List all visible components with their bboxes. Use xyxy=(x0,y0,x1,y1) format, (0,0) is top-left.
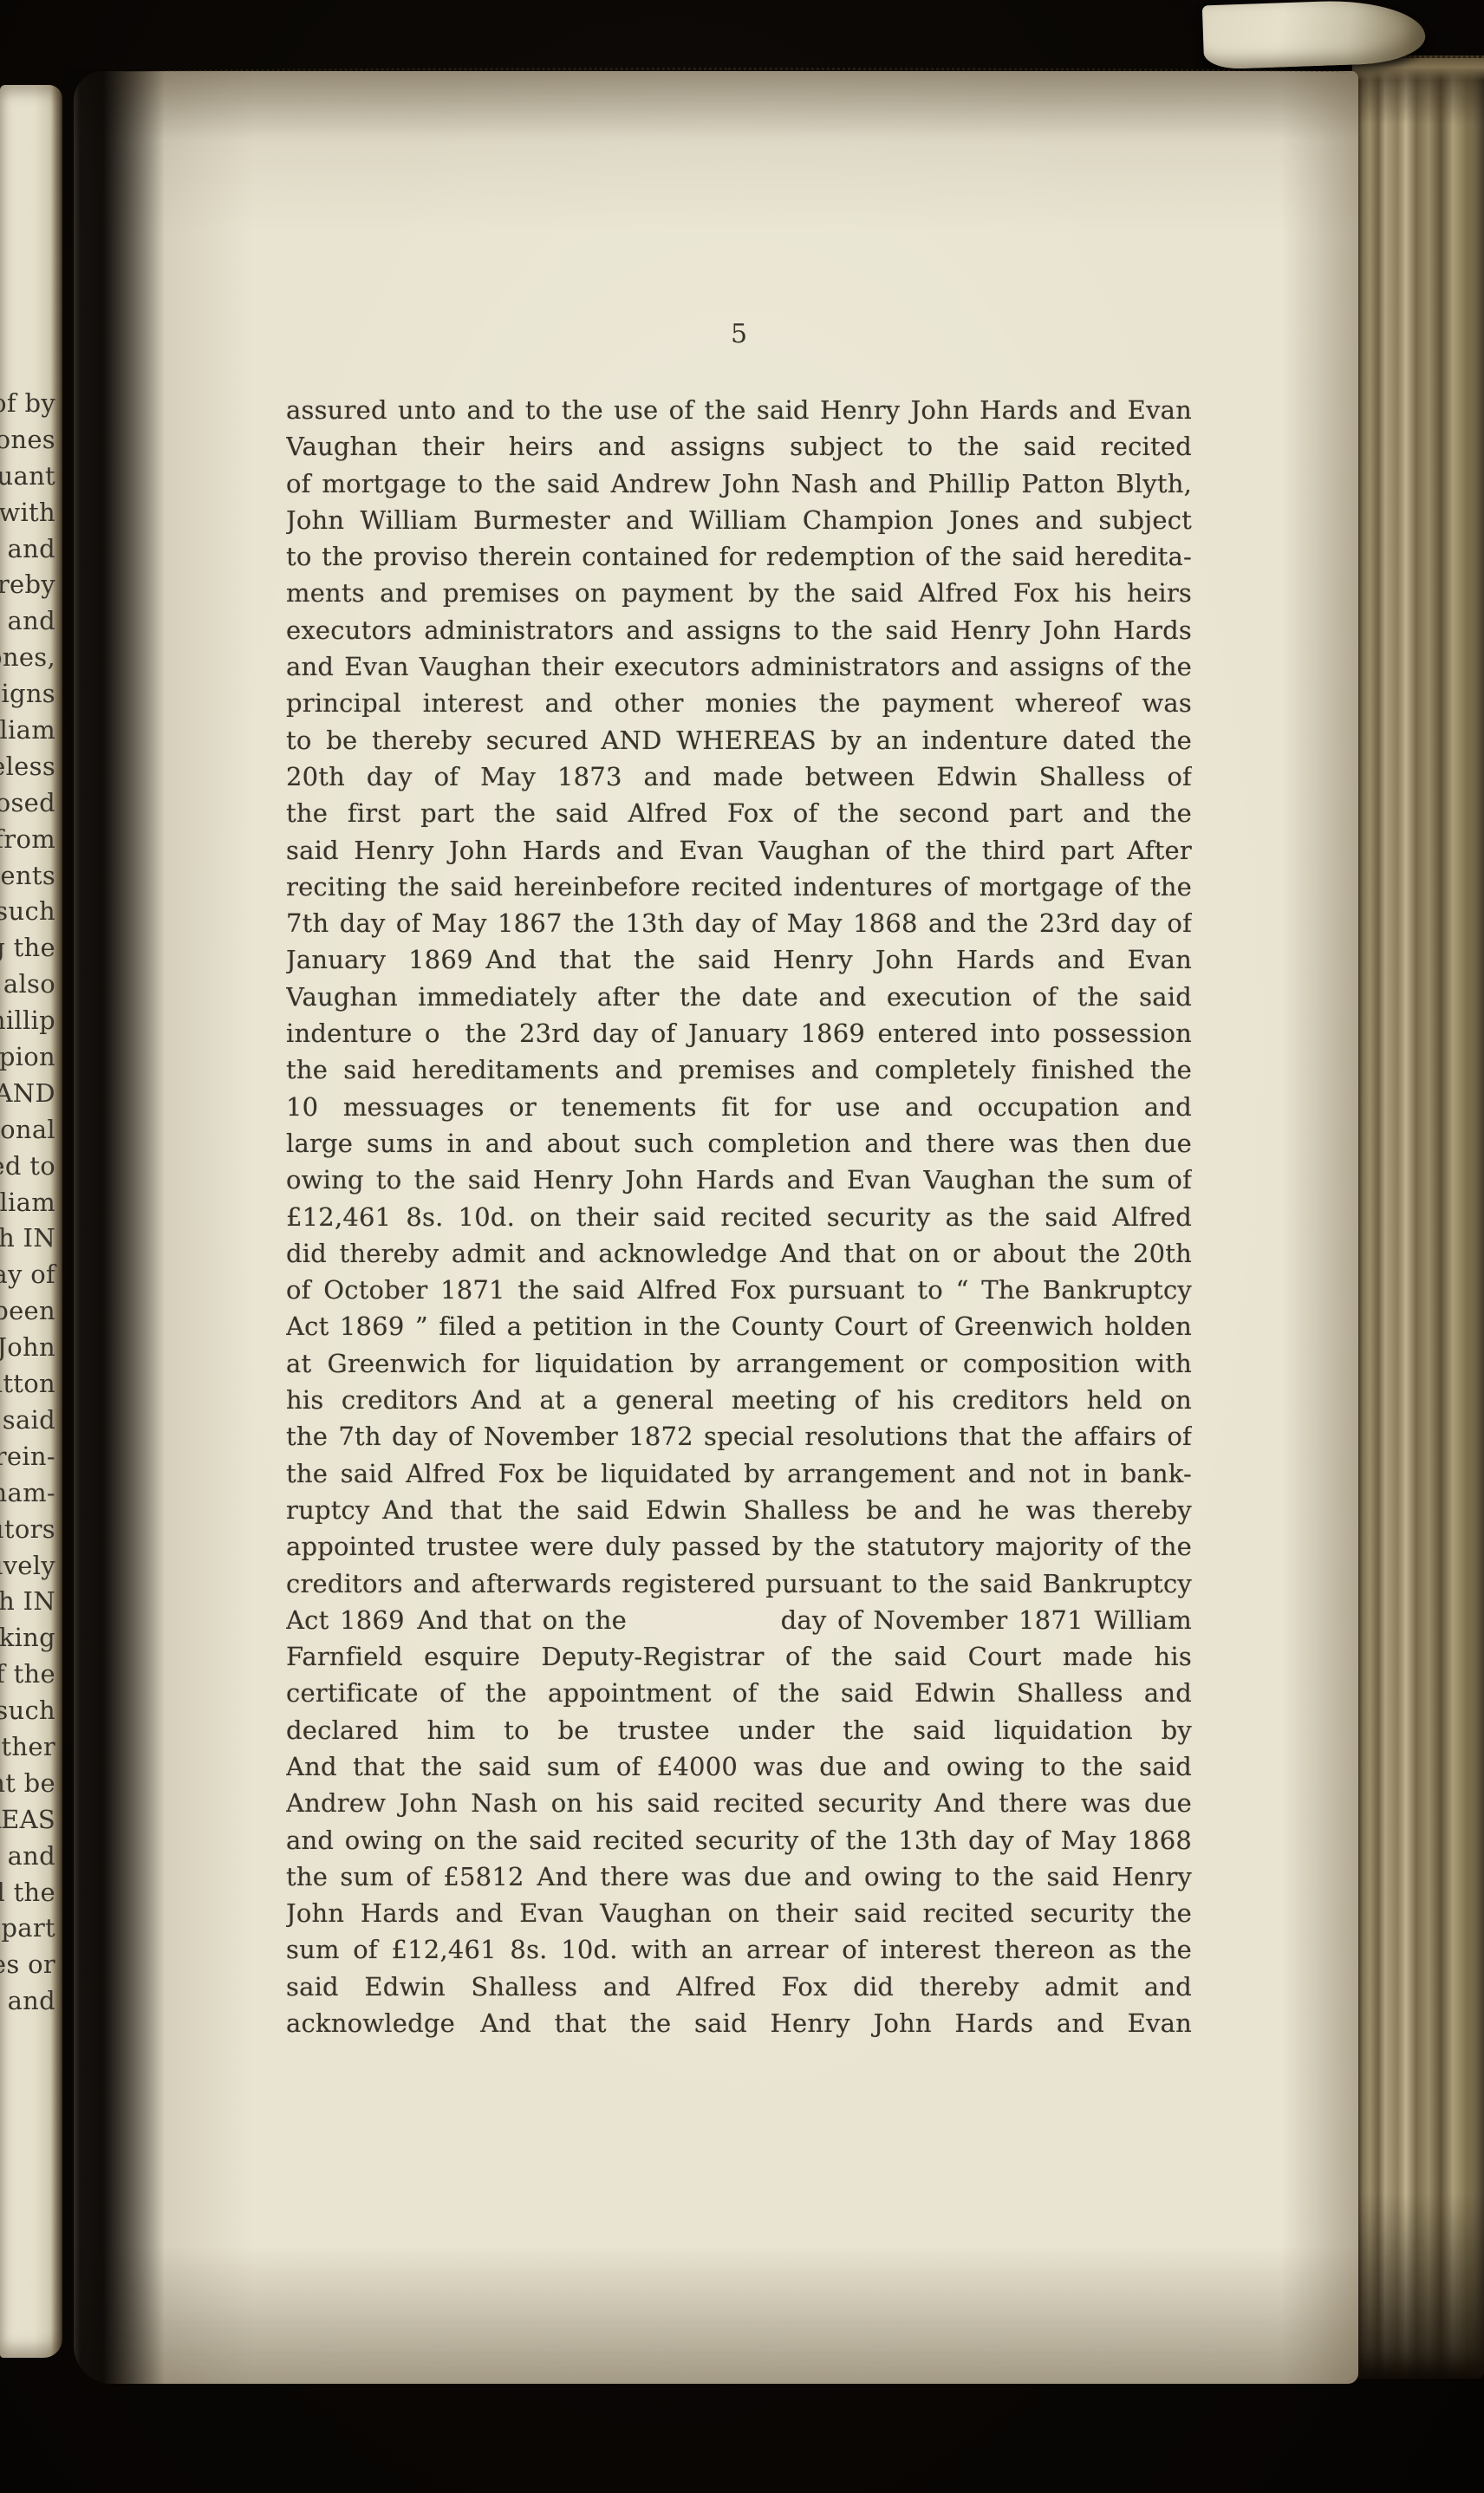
facing-page-fragment-line: Jones, xyxy=(0,640,55,676)
text-line: Farnfield esquire Deputy-Registrar of th… xyxy=(286,1638,1192,1675)
text-line: large sums in and about such completion … xyxy=(286,1125,1192,1162)
text-line: appointed trustee were duly passed by th… xyxy=(286,1528,1192,1565)
facing-page-strip: of byJonesrsuantwiths andherebys andJone… xyxy=(0,85,62,2358)
text-line: and Evan Vaughan their executors adminis… xyxy=(286,648,1192,685)
text-line: said Henry John Hards and Evan Vaughan o… xyxy=(286,832,1192,869)
book-fore-edge-pages xyxy=(1352,55,1484,2379)
facing-page-fragment-line: AND xyxy=(0,1076,55,1112)
facing-page-fragment-line: hereby xyxy=(0,567,55,603)
text-line: John William Burmester and William Champ… xyxy=(286,502,1192,538)
facing-page-fragment-line: o such xyxy=(0,894,55,930)
facing-page-fragment-line: ments xyxy=(0,858,55,895)
facing-page-fragment-line: s and xyxy=(0,603,55,640)
facing-page-fragment-line: ecutors xyxy=(0,1512,55,1548)
facing-page-fragment-line: of by xyxy=(0,386,55,422)
text-line: ruptcy And that the said Edwin Shalless … xyxy=(286,1492,1192,1528)
text-line: his creditors And at a general meeting o… xyxy=(286,1382,1192,1418)
text-line: the sum of £5812 And there was due and o… xyxy=(286,1858,1192,1895)
facing-page-fragment-line: 9 and xyxy=(0,1839,55,1875)
text-line: assured unto and to the use of the said … xyxy=(286,392,1192,428)
facing-page-fragment-line: way of xyxy=(0,1257,55,1293)
facing-page-fragment-line: ersonal xyxy=(0,1112,55,1149)
facing-page-fragment-line: ght be xyxy=(0,1766,55,1802)
text-line: at Greenwich for liquidation by arrangem… xyxy=(286,1345,1192,1382)
facing-page-fragment-line: sposed xyxy=(0,785,55,822)
facing-page-fragment-line: with xyxy=(0,495,55,531)
facing-page-fragment-line: of the xyxy=(0,1657,55,1693)
text-line: Andrew John Nash on his said recited sec… xyxy=(286,1785,1192,1821)
facing-page-fragment-line: mpion xyxy=(0,1039,55,1076)
facing-page-text-fragments: of byJonesrsuantwiths andherebys andJone… xyxy=(0,386,55,2020)
facing-page-fragment-line: Patton xyxy=(0,1366,55,1403)
facing-page-fragment-line: he said xyxy=(0,1403,55,1439)
facing-page-fragment-line: theless xyxy=(0,749,55,785)
facing-page-fragment-line: other xyxy=(0,1729,55,1766)
text-line: £12,461 8s. 10d. on their said recited s… xyxy=(286,1199,1192,1235)
book-page: 5 assured unto and to the use of the sai… xyxy=(74,71,1358,2384)
facing-page-fragment-line: ng the xyxy=(0,930,55,967)
text-line: said Edwin Shalless and Alfred Fox did t… xyxy=(286,1969,1192,2005)
facing-page-fragment-line: Villiam xyxy=(0,713,55,749)
text-line: Vaughan immediately after the date and e… xyxy=(286,979,1192,1015)
text-line: 10 messuages or tenements fit for use an… xyxy=(286,1089,1192,1125)
text-line: the said Alfred Fox be liquidated by arr… xyxy=(286,1455,1192,1492)
facing-page-fragment-line: Phillip xyxy=(0,1003,55,1039)
facing-page-fragment-line: l John xyxy=(0,1330,55,1366)
text-line: the said hereditaments and premises and … xyxy=(286,1051,1192,1088)
text-line: Act 1869 And that on the day of November… xyxy=(286,1602,1192,1638)
facing-page-fragment-line: Villiam xyxy=(0,1185,55,1221)
text-line: the first part the said Alfred Fox of th… xyxy=(286,795,1192,831)
facing-page-fragment-line: h IN xyxy=(0,1220,55,1257)
facing-page-fragment-line: ges or xyxy=(0,1947,55,1983)
text-line: reciting the said hereinbefore recited i… xyxy=(286,869,1192,905)
facing-page-fragment-line: re also xyxy=(0,967,55,1003)
text-line: the 7th day of November 1872 special res… xyxy=(286,1418,1192,1455)
page-number: 5 xyxy=(286,319,1192,349)
text-line: January 1869 And that the said Henry Joh… xyxy=(286,941,1192,978)
text-line: ments and premises on payment by the sai… xyxy=(286,575,1192,611)
text-line: principal interest and other monies the … xyxy=(286,685,1192,721)
text-line: executors administrators and assigns to … xyxy=(286,612,1192,648)
facing-page-fragment-line: ctively xyxy=(0,1548,55,1585)
facing-page-fragment-line: y been xyxy=(0,1293,55,1330)
text-line: Act 1869 ” filed a petition in the Count… xyxy=(286,1308,1192,1344)
facing-page-fragment-line: rsuant xyxy=(0,459,55,495)
facing-page-fragment-line: ed such xyxy=(0,1693,55,1729)
book-photo: of byJonesrsuantwiths andherebys andJone… xyxy=(0,0,1484,2493)
text-line: certificate of the appointment of the sa… xyxy=(286,1675,1192,1711)
facing-page-fragment-line: anking xyxy=(0,1620,55,1657)
text-line: indenture o the 23rd day of January 1869… xyxy=(286,1015,1192,1051)
text-line: and owing on the said recited security o… xyxy=(286,1822,1192,1858)
text-line: declared him to be trustee under the sai… xyxy=(286,1712,1192,1748)
text-line: of mortgage to the said Andrew John Nash… xyxy=(286,465,1192,502)
text-line: to be thereby secured AND WHEREAS by an … xyxy=(286,722,1192,758)
text-line: 20th day of May 1873 and made between Ed… xyxy=(286,758,1192,795)
facing-page-fragment-line: h IN xyxy=(0,1584,55,1620)
text-line: owing to the said Henry John Hards and E… xyxy=(286,1162,1192,1198)
facing-page-fragment-line: ssigns xyxy=(0,676,55,713)
text-line: creditors and afterwards registered purs… xyxy=(286,1565,1192,1602)
text-line: did thereby admit and acknowledge And th… xyxy=(286,1235,1192,1272)
facing-page-fragment-line: EREAS xyxy=(0,1802,55,1839)
text-line: Vaughan their heirs and assigns subject … xyxy=(286,428,1192,465)
text-line: And that the said sum of £4000 was due a… xyxy=(286,1748,1192,1785)
facing-page-fragment-line: herein- xyxy=(0,1439,55,1475)
text-line: acknowledge And that the said Henry John… xyxy=(286,2005,1192,2041)
text-line: 7th day of May 1867 the 13th day of May … xyxy=(286,905,1192,941)
facing-page-fragment-line: nd the xyxy=(0,1875,55,1911)
facing-page-fragment-line: er part xyxy=(0,1910,55,1947)
text-line: of October 1871 the said Alfred Fox purs… xyxy=(286,1272,1192,1308)
text-line: to the proviso therein contained for red… xyxy=(286,538,1192,575)
facing-page-fragment-line: Cham- xyxy=(0,1475,55,1512)
text-line: sum of £12,461 8s. 10d. with an arrear o… xyxy=(286,1931,1192,1968)
page-body-text: assured unto and to the use of the said … xyxy=(286,392,1192,2041)
curled-page-corner xyxy=(1202,0,1426,69)
facing-page-fragment-line: ured to xyxy=(0,1149,55,1185)
facing-page-fragment-line: Jones xyxy=(0,422,55,459)
text-line: John Hards and Evan Vaughan on their sai… xyxy=(286,1895,1192,1931)
facing-page-fragment-line: d from xyxy=(0,822,55,858)
facing-page-fragment-line: s and xyxy=(0,531,55,568)
facing-page-fragment-line: ed and xyxy=(0,1983,55,2020)
